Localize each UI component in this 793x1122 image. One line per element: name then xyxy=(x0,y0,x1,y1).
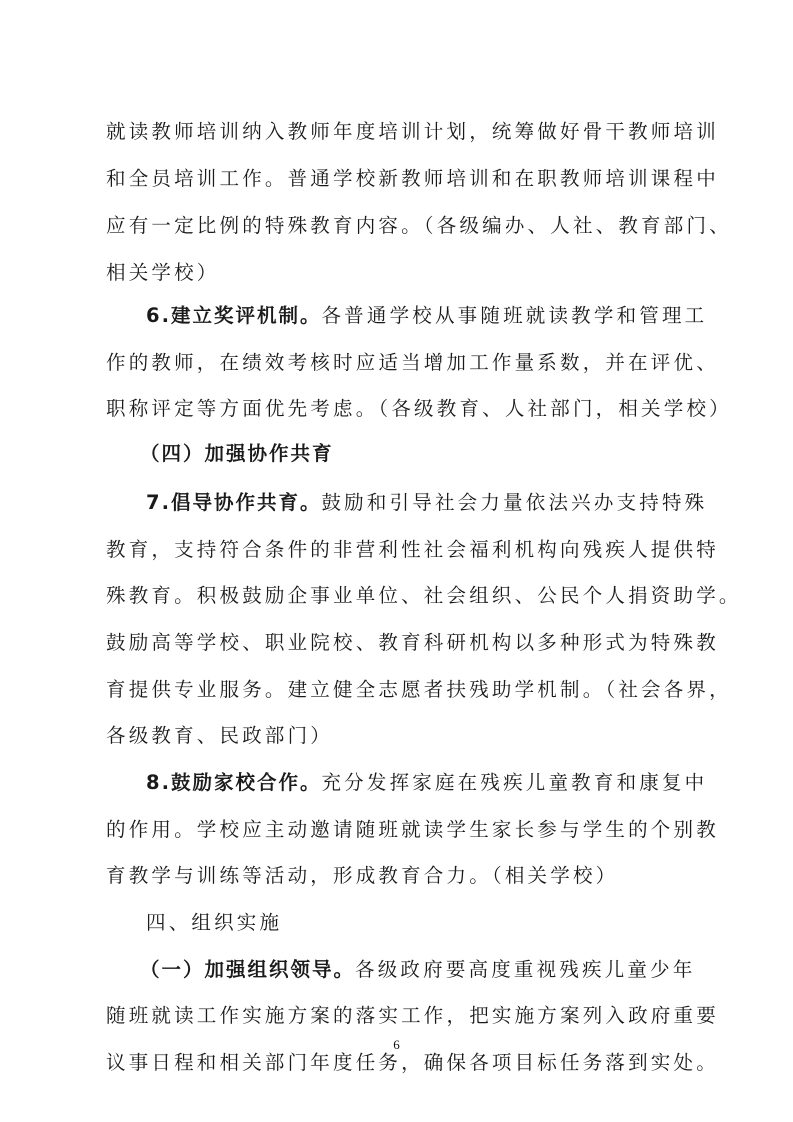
item-6-heading-line: 6.建立奖评机制。各普通学校从事随班就读教学和管理工 xyxy=(146,302,696,330)
line-text: 随班就读工作实施方案的落实工作，把实施方案列入政府重要 xyxy=(106,1004,719,1027)
item-8-heading-line: 8.鼓励家校合作。充分发挥家庭在残疾儿童教育和康复中 xyxy=(146,769,696,797)
chapter-title: 四、组织实施 xyxy=(146,911,282,934)
paragraph-line: 各级教育、民政部门） xyxy=(106,722,696,750)
page-number: 6 xyxy=(0,1037,793,1053)
line-text: 鼓励高等学校、职业院校、教育科研机构以多种形式为特殊教 xyxy=(106,631,719,654)
line-text: 职称评定等方面优先考虑。（各级教育、人社部门，相关学校） xyxy=(106,397,732,420)
chapter-4-heading: 四、组织实施 xyxy=(146,909,696,937)
subsection-1-title: （一）加强组织领导。 xyxy=(140,958,355,981)
paragraph-line: 教育，支持符合条件的非营利性社会福利机构向残疾人提供特 xyxy=(106,536,696,564)
item-7-title: 7.倡导协作共育。 xyxy=(146,491,321,514)
line-text: 相关学校） xyxy=(106,261,220,284)
paragraph-line: 鼓励高等学校、职业院校、教育科研机构以多种形式为特殊教 xyxy=(106,629,696,657)
line-text: 育教学与训练等活动，形成教育合力。（相关学校） xyxy=(106,864,618,887)
item-8-title: 8.鼓励家校合作。 xyxy=(146,771,321,794)
line-text: 教育，支持符合条件的非营利性社会福利机构向残疾人提供特 xyxy=(106,538,719,561)
paragraph-line: 职称评定等方面优先考虑。（各级教育、人社部门，相关学校） xyxy=(106,395,696,423)
line-text: 育提供专业服务。建立健全志愿者扶残助学机制。（社会各界， xyxy=(106,678,732,701)
line-text: 就读教师培训纳入教师年度培训计划，统筹做好骨干教师培训 xyxy=(106,120,719,143)
subsection-1-heading-line: （一）加强组织领导。各级政府要高度重视残疾儿童少年 xyxy=(140,956,690,984)
line-text: 殊教育。积极鼓励企事业单位、社会组织、公民个人捐资助学。 xyxy=(106,584,742,607)
line-text: 鼓励和引导社会力量依法兴办支持特殊 xyxy=(321,491,707,514)
line-text: 作的教师，在绩效考核时应适当增加工作量系数，并在评优、 xyxy=(106,351,719,374)
line-text: 议事日程和相关部门年度任务，确保各项目标任务落到实处。 xyxy=(106,1051,719,1074)
item-7-heading-line: 7.倡导协作共育。鼓励和引导社会力量依法兴办支持特殊 xyxy=(146,489,696,517)
section-4-heading: （四）加强协作共育 xyxy=(140,440,690,468)
line-text: 的作用。学校应主动邀请随班就读学生家长参与学生的个别教 xyxy=(106,818,719,841)
item-6-title: 6.建立奖评机制。 xyxy=(146,304,321,327)
paragraph-line: 相关学校） xyxy=(106,259,696,287)
paragraph-line: 作的教师，在绩效考核时应适当增加工作量系数，并在评优、 xyxy=(106,349,696,377)
document-page: 就读教师培训纳入教师年度培训计划，统筹做好骨干教师培训 和全员培训工作。普通学校… xyxy=(0,0,793,1122)
line-text: 各级政府要高度重视残疾儿童少年 xyxy=(355,958,696,981)
paragraph-line: 议事日程和相关部门年度任务，确保各项目标任务落到实处。 xyxy=(106,1049,696,1077)
line-text: 各级教育、民政部门） xyxy=(106,724,333,747)
paragraph-line: 的作用。学校应主动邀请随班就读学生家长参与学生的个别教 xyxy=(106,816,696,844)
line-text: 应有一定比例的特殊教育内容。（各级编办、人社、教育部门、 xyxy=(106,214,732,237)
paragraph-line: 殊教育。积极鼓励企事业单位、社会组织、公民个人捐资助学。 xyxy=(106,582,696,610)
paragraph-line: 和全员培训工作。普通学校新教师培训和在职教师培训课程中 xyxy=(106,165,696,193)
paragraph-line: 应有一定比例的特殊教育内容。（各级编办、人社、教育部门、 xyxy=(106,212,696,240)
line-text: 和全员培训工作。普通学校新教师培训和在职教师培训课程中 xyxy=(106,167,719,190)
paragraph-line: 就读教师培训纳入教师年度培训计划，统筹做好骨干教师培训 xyxy=(106,118,696,146)
paragraph-line: 随班就读工作实施方案的落实工作，把实施方案列入政府重要 xyxy=(106,1002,696,1030)
paragraph-line: 育提供专业服务。建立健全志愿者扶残助学机制。（社会各界， xyxy=(106,676,696,704)
section-title: （四）加强协作共育 xyxy=(140,442,334,465)
line-text: 充分发挥家庭在残疾儿童教育和康复中 xyxy=(321,771,707,794)
line-text: 各普通学校从事随班就读教学和管理工 xyxy=(321,304,707,327)
paragraph-line: 育教学与训练等活动，形成教育合力。（相关学校） xyxy=(106,862,696,890)
